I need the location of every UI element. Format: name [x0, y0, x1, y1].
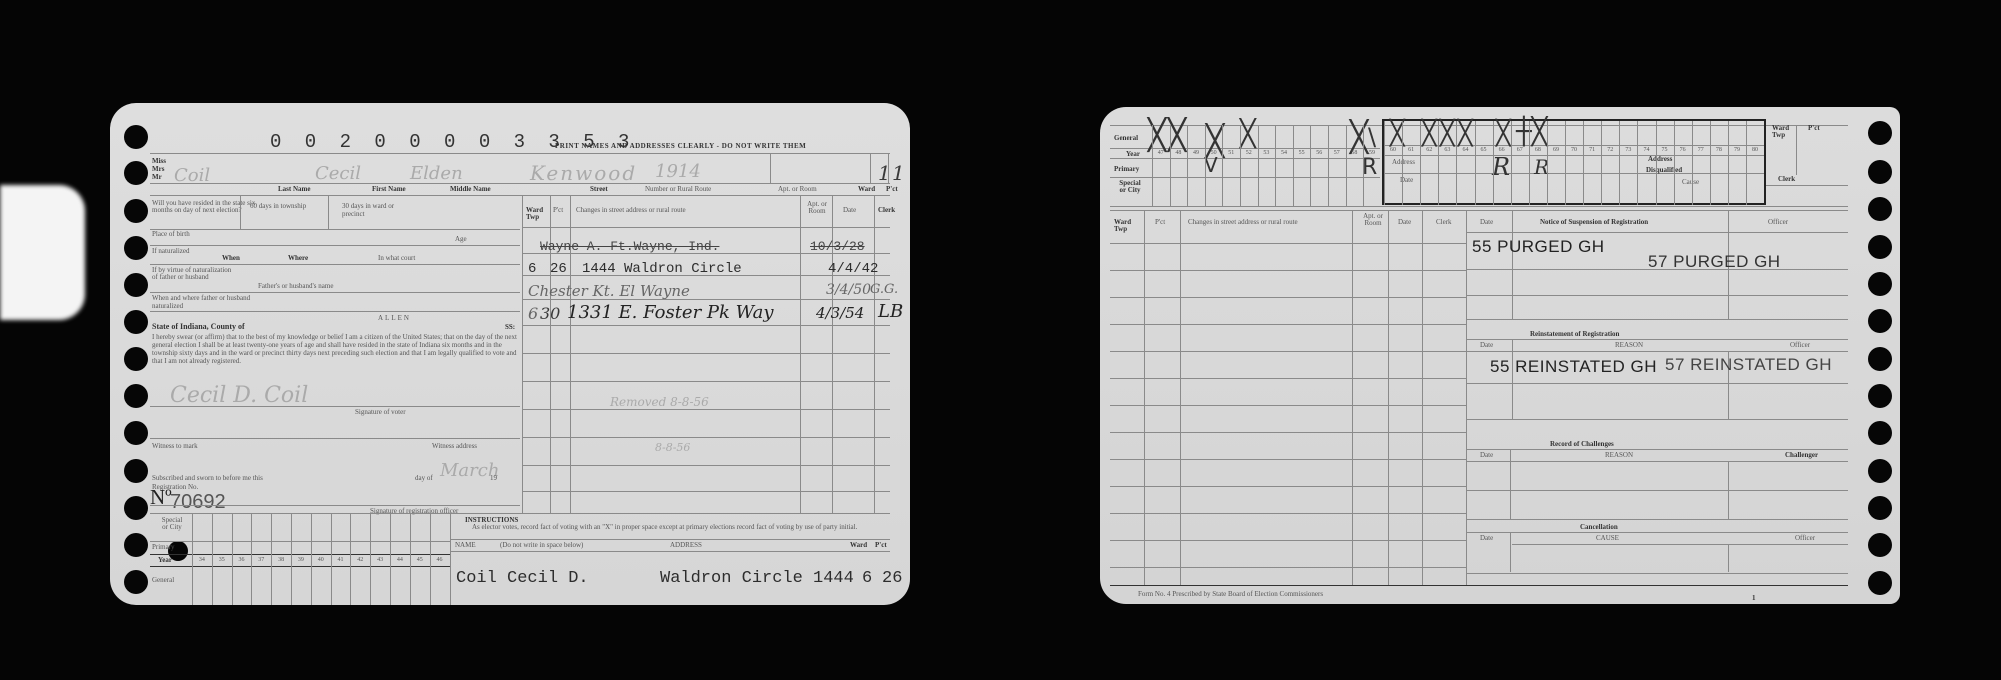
header-ward-twp: Ward Twp [526, 207, 550, 221]
label-number-route: Number or Rural Route [645, 186, 711, 193]
change-date: 10/3/28 [810, 239, 865, 254]
punch-hole [124, 273, 148, 297]
label-special-city: Special or City [1116, 180, 1144, 194]
label-ward-twp: Ward Twp [1772, 125, 1796, 139]
label-clerk: Clerk [1778, 176, 1795, 183]
year-cell: 46 [430, 557, 450, 563]
year-cell: 47 [1152, 150, 1170, 156]
year-cell: 72 [1601, 147, 1619, 153]
footer-name: Coil Cecil D. [456, 569, 589, 588]
header-pct: P'ct [553, 207, 563, 214]
punch-hole [1868, 533, 1892, 557]
oath-ss: SS: [505, 324, 515, 331]
instructions-text: As elector votes, record fact of voting … [472, 524, 872, 532]
punch-hole [124, 533, 148, 557]
vote-mark-x: ╳ [1350, 123, 1368, 153]
header-challenges-date: Date [1480, 452, 1493, 459]
cancellation-title: Cancellation [1580, 524, 1618, 531]
punch-hole [1868, 347, 1892, 371]
header-date: Date [843, 207, 856, 214]
label-primary: Primary [1114, 166, 1139, 173]
year-cell: 70 [1565, 147, 1583, 153]
title-miss: Miss [152, 158, 166, 165]
vote-mark-x: ╳ [1168, 121, 1186, 151]
label-last-name: Last Name [278, 186, 310, 193]
punch-hole [1868, 459, 1892, 483]
change-ward: 6 [528, 261, 536, 277]
faint-annotation: Removed 8-8-56 [610, 395, 709, 409]
label-subscribed: Subscribed and sworn to before me this [152, 475, 263, 482]
year-cell: 63 [1438, 147, 1456, 153]
change-pct: 30 [540, 304, 560, 323]
registration-card-front: 0 0 2 0 0 0 0 3 3 5 3 PRINT NAMES AND AD… [110, 103, 910, 605]
year-cell: 40 [311, 557, 331, 563]
punch-hole [124, 570, 148, 594]
punch-hole [124, 421, 148, 445]
label-footer-ward: Ward [850, 542, 867, 549]
vote-mark-x: ╳ [1148, 121, 1166, 151]
vote-mark-x: ╳ [1496, 121, 1510, 145]
voter-signature: Cecil D. Coil [170, 383, 308, 408]
residence-question-township: 60 days in township [250, 203, 310, 211]
punch-hole [1868, 384, 1892, 408]
form-footer: Form No. 4 Prescribed by State Board of … [1138, 591, 1323, 598]
punch-hole [124, 496, 148, 520]
title-mr: Mr [152, 174, 162, 181]
label-address: ADDRESS [670, 542, 702, 549]
change-date: 4/4/42 [828, 261, 878, 277]
header-cancellation-officer: Officer [1795, 535, 1815, 542]
label-where: Where [288, 255, 308, 262]
change-date: 4/3/54 [816, 304, 864, 322]
header-date: Date [1398, 219, 1411, 226]
label-box-address: Address [1392, 159, 1415, 166]
reinstatement-title: Reinstatement of Registration [1530, 331, 1619, 338]
county-value: ALLEN [378, 315, 411, 322]
header-reinstatement-date: Date [1480, 342, 1493, 349]
punch-hole [1868, 421, 1892, 445]
header-changes-address: Changes in street address or rural route [1188, 219, 1298, 226]
punch-hole [124, 199, 148, 223]
label-court: In what court [378, 255, 415, 262]
number-symbol: Nº [150, 485, 172, 510]
punch-hole [124, 347, 148, 371]
year-cell: 51 [1222, 150, 1240, 156]
year-cell: 38 [271, 557, 291, 563]
punch-hole [124, 310, 148, 334]
title-mrs: Mrs [152, 166, 164, 173]
label-signature-voter: Signature of voter [355, 409, 406, 416]
vote-mark-x: ┼╳ [1516, 119, 1547, 145]
faint-annotation: 8-8-56 [655, 441, 690, 454]
year-cell: 48 [1170, 150, 1188, 156]
change-address: 1331 E. Foster Pk Way [567, 302, 773, 323]
punch-hole [1868, 235, 1892, 259]
change-clerk: G.G. [870, 282, 898, 297]
header-clerk: Clerk [878, 207, 895, 214]
label-if-naturalized: If naturalized [152, 248, 202, 256]
year-cell: 52 [1240, 150, 1258, 156]
label-middle-name: Middle Name [450, 186, 491, 193]
punch-hole [124, 125, 148, 149]
label-pct: P'ct [886, 186, 898, 193]
label-special-city: Special or City [158, 517, 186, 531]
punch-holes-left [124, 103, 148, 605]
header-suspension-notice: Notice of Suspension of Registration [1540, 219, 1648, 226]
year-cell: 45 [410, 557, 430, 563]
label-apt-room: Apt. or Room [778, 186, 817, 193]
label-address: Address [1648, 156, 1672, 163]
first-name-value: Cecil [315, 163, 361, 184]
punch-hole [1868, 571, 1892, 595]
year-cell: 64 [1456, 147, 1474, 153]
label-father-name: Father's or husband's name [258, 283, 333, 290]
label-ward: Ward [858, 186, 875, 193]
label-place-of-birth: Place of birth [152, 231, 192, 239]
punch-hole [1868, 121, 1892, 145]
registration-card-back: General Year Primary Special or City Add… [1100, 107, 1900, 604]
suspension-entry: 55 PURGED GH [1472, 237, 1605, 257]
vote-mark-x: \ [1368, 125, 1376, 149]
label-age: Age [455, 236, 467, 243]
punch-hole [1868, 160, 1892, 184]
year-cell: 75 [1656, 147, 1674, 153]
year-cell: 55 [1293, 150, 1311, 156]
primary-mark-v: V [1204, 155, 1218, 175]
punch-hole [1868, 309, 1892, 333]
punch-hole [124, 161, 148, 185]
number-value: 1914 [655, 161, 701, 182]
street-value: Kenwood [530, 161, 637, 185]
punch-holes-right [1868, 107, 1892, 604]
label-first-name: First Name [372, 186, 406, 193]
label-by-virtue: If by virtue of naturalization of father… [152, 267, 232, 282]
punch-hole [1868, 496, 1892, 520]
year-cell: 53 [1258, 150, 1276, 156]
residence-question-state: Will you have resided in the state six m… [152, 200, 262, 215]
year-cell: 67 [1511, 147, 1529, 153]
year-cell: 34 [192, 557, 212, 563]
label-year: Year [158, 557, 172, 564]
footer-ward: 6 [862, 569, 872, 588]
header-reinstatement-officer: Officer [1790, 342, 1810, 349]
label-cause: Cause [1682, 179, 1699, 186]
header-instruction: PRINT NAMES AND ADDRESSES CLEARLY - DO N… [555, 143, 806, 150]
primary-mark-r: R [1362, 157, 1377, 179]
label-witness-address: Witness address [432, 443, 477, 450]
page-mark: 1 [1752, 595, 1756, 602]
year-cell: 74 [1637, 147, 1655, 153]
header-suspension-date: Date [1480, 219, 1493, 226]
year-cell: 35 [212, 557, 232, 563]
vote-mark-x: ╳ [1422, 121, 1436, 145]
label-when: When [222, 255, 240, 262]
header-challenges-reason: REASON [1605, 452, 1633, 459]
challenges-title: Record of Challenges [1550, 441, 1614, 448]
year-cell: 50 [1205, 150, 1223, 156]
middle-name-value: Elden [410, 163, 463, 184]
punch-hole [1868, 272, 1892, 296]
reinstatement-entry: 55 REINSTATED GH [1490, 357, 1657, 377]
label-year-prefix: 19 [490, 475, 497, 482]
scanner-glare [0, 185, 85, 320]
year-cell: 57 [1328, 150, 1346, 156]
label-general: General [1114, 135, 1138, 142]
punch-hole [1868, 197, 1892, 221]
year-cell: 59 [1363, 150, 1381, 156]
header-suspension-officer: Officer [1768, 219, 1788, 226]
year-cell: 37 [251, 557, 271, 563]
label-no-write: (Do not write in space below) [500, 542, 583, 549]
year-cell: 79 [1728, 147, 1746, 153]
year-cell: 62 [1420, 147, 1438, 153]
year-cell: 73 [1619, 147, 1637, 153]
change-address: Chester Kt. El Wayne [528, 282, 690, 300]
punch-hole [124, 236, 148, 260]
label-name: NAME [455, 542, 476, 549]
label-witness: Witness to mark [152, 443, 198, 450]
label-street: Street [590, 186, 608, 193]
change-ward: 6 [528, 304, 538, 323]
year-cell: 66 [1493, 147, 1511, 153]
year-cell: 77 [1692, 147, 1710, 153]
year-cell: 42 [350, 557, 370, 563]
header-changes-address: Changes in street address or rural route [576, 207, 686, 214]
year-cell: 65 [1475, 147, 1493, 153]
vote-mark-x: ╳ [1240, 121, 1256, 147]
header-apt-room: Apt. or Room [804, 201, 830, 215]
header-clerk: Clerk [1436, 219, 1452, 226]
header-ward-twp: Ward Twp [1114, 219, 1138, 233]
change-clerk: LB [878, 301, 903, 322]
pct-value: 1 [892, 161, 905, 185]
year-cell: 36 [232, 557, 252, 563]
year-cell: 61 [1402, 147, 1420, 153]
label-disqualified: Disqualified [1646, 167, 1682, 174]
year-cell: 39 [291, 557, 311, 563]
header-cancellation-cause: CAUSE [1596, 535, 1619, 542]
header-cancellation-date: Date [1480, 535, 1493, 542]
oath-heading: State of Indiana, County of [152, 323, 245, 331]
header-apt-room: Apt. or Room [1360, 213, 1386, 227]
year-cell: 54 [1275, 150, 1293, 156]
footer-pct: 26 [882, 569, 902, 588]
year-cell: 60 [1384, 147, 1402, 153]
change-address: Wayne A. Ft.Wayne, Ind. [540, 239, 719, 254]
header-pct: P'ct [1155, 219, 1165, 226]
year-cell: 41 [331, 557, 351, 563]
label-pct: P'ct [1808, 125, 1820, 132]
year-cell: 69 [1547, 147, 1565, 153]
punch-hole [124, 459, 148, 483]
year-cell: 56 [1310, 150, 1328, 156]
year-cell: 76 [1674, 147, 1692, 153]
header-challenges-challenger: Challenger [1785, 452, 1818, 459]
label-year: Year [1126, 151, 1140, 158]
year-cell: 68 [1529, 147, 1547, 153]
change-date: 3/4/50 [826, 282, 871, 298]
residence-question-ward: 30 days in ward or precinct [342, 203, 412, 218]
label-primary: Primary [152, 544, 175, 551]
punch-hole [124, 384, 148, 408]
reinstatement-entry: 57 REINSTATED GH [1665, 355, 1832, 375]
year-cell: 58 [1346, 150, 1364, 156]
year-cell: 71 [1583, 147, 1601, 153]
change-pct: 26 [550, 261, 567, 277]
oath-text: I hereby swear (or affirm) that to the b… [152, 333, 522, 365]
year-cell: 44 [390, 557, 410, 563]
header-reinstatement-reason: REASON [1615, 342, 1643, 349]
change-address: 1444 Waldron Circle [582, 261, 742, 277]
vote-mark-x: ╳ [1458, 121, 1472, 145]
registration-number: 70692 [170, 491, 226, 514]
primary-mark-r: R [1492, 153, 1510, 181]
vote-mark-x: ╳ [1440, 121, 1454, 145]
label-footer-pct: P'ct [875, 542, 887, 549]
year-cell: 43 [370, 557, 390, 563]
year-cell: 78 [1710, 147, 1728, 153]
label-general: General [152, 577, 174, 584]
label-father-naturalized: When and where father or husband natural… [152, 295, 262, 310]
label-day-of: day of [415, 475, 433, 482]
footer-address: Waldron Circle 1444 [660, 569, 854, 588]
year-cell: 49 [1187, 150, 1205, 156]
year-cell: 80 [1746, 147, 1764, 153]
